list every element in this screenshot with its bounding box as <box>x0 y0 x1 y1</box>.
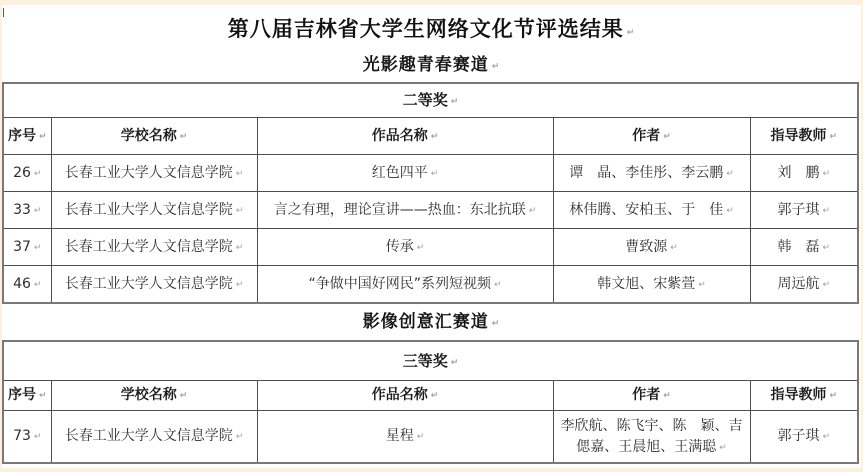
col-header-work: 作品名称 <box>257 381 553 411</box>
cell-school: 长春工业大学人文信息学院 <box>51 229 257 266</box>
cell-no: 37 <box>3 229 51 266</box>
text-cursor-artifact <box>3 8 4 17</box>
table-header-row: 序号 学校名称 作品名称 作者 指导教师 <box>3 381 858 411</box>
cell-authors: 谭 晶、李佳彤、李云鹏 <box>553 155 750 192</box>
cell-work: “争做中国好网民”系列短视频 <box>257 266 553 304</box>
cell-authors: 林伟腾、安柏玉、于 佳 <box>553 192 750 229</box>
cell-authors: 李欣航、陈飞宇、陈 颖、吉偲嘉、王晨旭、王满聪 <box>553 411 750 464</box>
col-header-authors: 作者 <box>553 381 750 411</box>
col-header-work: 作品名称 <box>257 118 553 155</box>
table-row: 73 长春工业大学人文信息学院 星程 李欣航、陈飞宇、陈 颖、吉偲嘉、王晨旭、王… <box>3 411 858 464</box>
cell-teacher: 韩 磊 <box>750 229 858 266</box>
table-row: 46 长春工业大学人文信息学院 “争做中国好网民”系列短视频 韩文旭、宋紫萱 周… <box>3 266 858 304</box>
cell-school: 长春工业大学人文信息学院 <box>51 155 257 192</box>
col-header-school: 学校名称 <box>51 381 257 411</box>
col-header-no: 序号 <box>3 381 51 411</box>
table-header-row: 序号 学校名称 作品名称 作者 指导教师 <box>3 118 858 155</box>
cell-teacher: 刘 鹏 <box>750 155 858 192</box>
cell-work: 红色四平 <box>257 155 553 192</box>
cell-no: 33 <box>3 192 51 229</box>
award-level-cell: 二等奖 <box>3 83 858 118</box>
table-row: 26 长春工业大学人文信息学院 红色四平 谭 晶、李佳彤、李云鹏 刘 鹏 <box>3 155 858 192</box>
cell-work: 星程 <box>257 411 553 464</box>
track2-title: 影像创意汇赛道 <box>2 304 861 340</box>
track1-title: 光影趣青春赛道 <box>2 50 861 82</box>
cell-teacher: 周远航 <box>750 266 858 304</box>
col-header-authors: 作者 <box>553 118 750 155</box>
cell-school: 长春工业大学人文信息学院 <box>51 192 257 229</box>
award-level-label: 三等奖 <box>403 352 459 370</box>
col-header-teacher: 指导教师 <box>750 118 858 155</box>
table-row: 37 长春工业大学人文信息学院 传承 曹致源 韩 磊 <box>3 229 858 266</box>
track1-title-text: 光影趣青春赛道 <box>363 55 501 75</box>
col-header-teacher: 指导教师 <box>750 381 858 411</box>
cell-no: 46 <box>3 266 51 304</box>
cell-school: 长春工业大学人文信息学院 <box>51 266 257 304</box>
second-prize-table: 二等奖 序号 学校名称 作品名称 作者 指导教师 26 长春工业大学人文信息学院… <box>2 82 859 304</box>
table-row: 33 长春工业大学人文信息学院 言之有理，理论宣讲——热血：东北抗联 林伟腾、安… <box>3 192 858 229</box>
cell-authors: 曹致源 <box>553 229 750 266</box>
cell-teacher: 郭子琪 <box>750 411 858 464</box>
cell-teacher: 郭子琪 <box>750 192 858 229</box>
page-frame: 第八届吉林省大学生网络文化节评选结果 光影趣青春赛道 二等奖 序号 学校名称 作… <box>0 0 863 472</box>
track2-title-text: 影像创意汇赛道 <box>363 312 501 332</box>
cell-work: 传承 <box>257 229 553 266</box>
award-level-row: 二等奖 <box>3 83 858 118</box>
cell-no: 73 <box>3 411 51 464</box>
document-title: 第八届吉林省大学生网络文化节评选结果 <box>2 5 861 50</box>
award-level-cell: 三等奖 <box>3 341 858 381</box>
col-header-school: 学校名称 <box>51 118 257 155</box>
document-title-text: 第八届吉林省大学生网络文化节评选结果 <box>228 17 636 41</box>
cell-no: 26 <box>3 155 51 192</box>
cell-authors: 韩文旭、宋紫萱 <box>553 266 750 304</box>
col-header-no: 序号 <box>3 118 51 155</box>
cell-work: 言之有理，理论宣讲——热血：东北抗联 <box>257 192 553 229</box>
document-page: 第八届吉林省大学生网络文化节评选结果 光影趣青春赛道 二等奖 序号 学校名称 作… <box>2 5 861 468</box>
award-level-label: 二等奖 <box>403 91 459 109</box>
award-level-row: 三等奖 <box>3 341 858 381</box>
cell-school: 长春工业大学人文信息学院 <box>51 411 257 464</box>
third-prize-table: 三等奖 序号 学校名称 作品名称 作者 指导教师 73 长春工业大学人文信息学院… <box>2 340 859 464</box>
